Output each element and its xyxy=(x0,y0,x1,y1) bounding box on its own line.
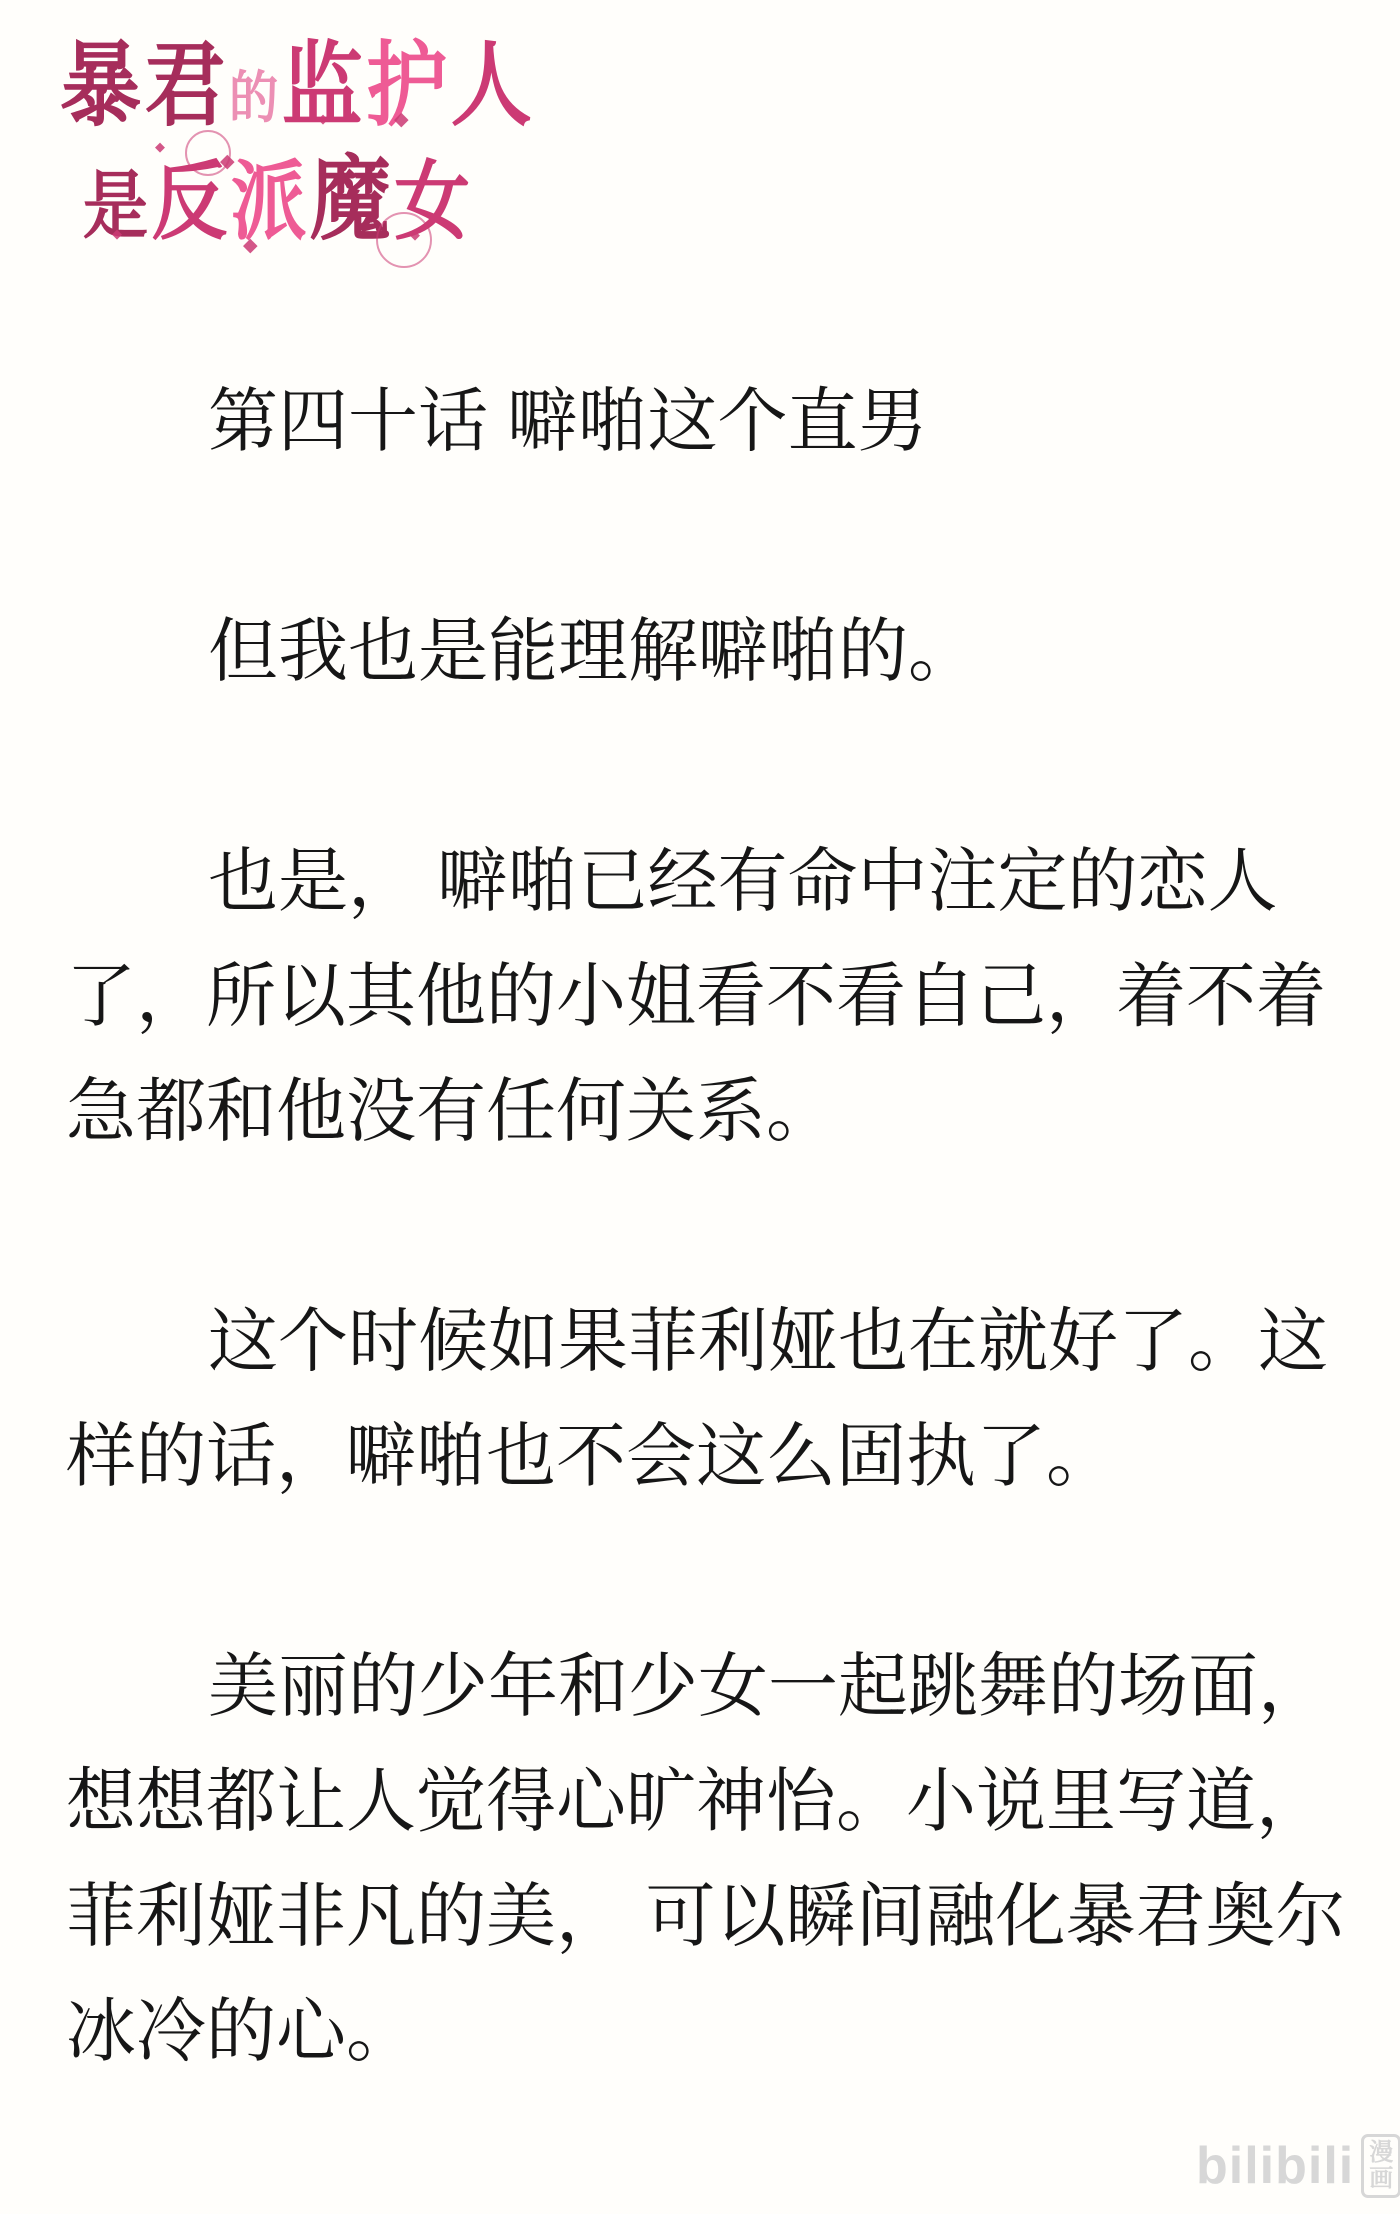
text-line: 样的话，噼啪也不会这么固执了。 xyxy=(66,1399,1396,1514)
paragraph: 也是， 噼啪已经有命中注定的恋人 了，所以其他的小姐看不看自己，着不着 急都和他… xyxy=(66,824,1396,1169)
manga-badge-char: 漫 xyxy=(1369,2140,1393,2166)
logo-char: 是 xyxy=(83,157,148,257)
logo-char: 魔 xyxy=(310,150,391,250)
logo-char: 护 xyxy=(366,30,447,142)
text-line: 美丽的少年和少女一起跳舞的场面， xyxy=(66,1629,1396,1744)
logo-char: 派 xyxy=(231,152,307,252)
text-line: 想想都让人觉得心旷神怡。小说里写道， xyxy=(66,1744,1396,1859)
logo-char: 人 xyxy=(451,30,532,142)
logo-char: 暴 xyxy=(60,30,141,142)
logo-char: 女 xyxy=(394,152,470,252)
manga-badge-char: 画 xyxy=(1369,2166,1393,2192)
text-line: 但我也是能理解噼啪的。 xyxy=(66,594,1396,709)
bilibili-watermark: bilibili 漫 画 xyxy=(1196,2134,1400,2198)
paragraph: 这个时候如果菲利娅也在就好了。这 样的话，噼啪也不会这么固执了。 xyxy=(66,1284,1396,1514)
text-line: 急都和他没有任何关系。 xyxy=(66,1054,1396,1169)
text-line: 也是， 噼啪已经有命中注定的恋人 xyxy=(66,824,1396,939)
series-logo-line1: 暴 君 的 监 护 人 xyxy=(60,30,532,150)
text-line: 了，所以其他的小姐看不看自己，着不着 xyxy=(66,939,1396,1054)
bilibili-logo: bilibili xyxy=(1196,2136,1354,2196)
text-line: 这个时候如果菲利娅也在就好了。这 xyxy=(66,1284,1396,1399)
paragraph: 但我也是能理解噼啪的。 xyxy=(66,594,1396,709)
logo-char: 君 xyxy=(144,30,225,142)
logo-char: 监 xyxy=(282,30,363,142)
paragraph: 美丽的少年和少女一起跳舞的场面， 想想都让人觉得心旷神怡。小说里写道， 菲利娅非… xyxy=(66,1629,1396,2089)
chapter-content: 第四十话 噼啪这个直男 但我也是能理解噼啪的。 也是， 噼啪已经有命中注定的恋人… xyxy=(66,364,1396,2089)
series-logo-line2: 是 反 派 魔 女 xyxy=(83,150,532,277)
logo-char: 的 xyxy=(229,43,278,155)
logo-char: 反 xyxy=(152,152,228,252)
series-logo: 暴 君 的 监 护 人 是 反 派 魔 女 xyxy=(60,30,532,277)
novel-page: 暴 君 的 监 护 人 是 反 派 魔 女 第四十话 噼啪这个直男 但我也是能理… xyxy=(0,0,1400,2214)
text-line: 冰冷的心。 xyxy=(66,1974,1396,2089)
text-line: 菲利娅非凡的美， 可以瞬间融化暴君奥尔 xyxy=(66,1859,1396,1974)
chapter-title: 第四十话 噼啪这个直男 xyxy=(66,364,1396,479)
manga-badge: 漫 画 xyxy=(1361,2134,1400,2198)
